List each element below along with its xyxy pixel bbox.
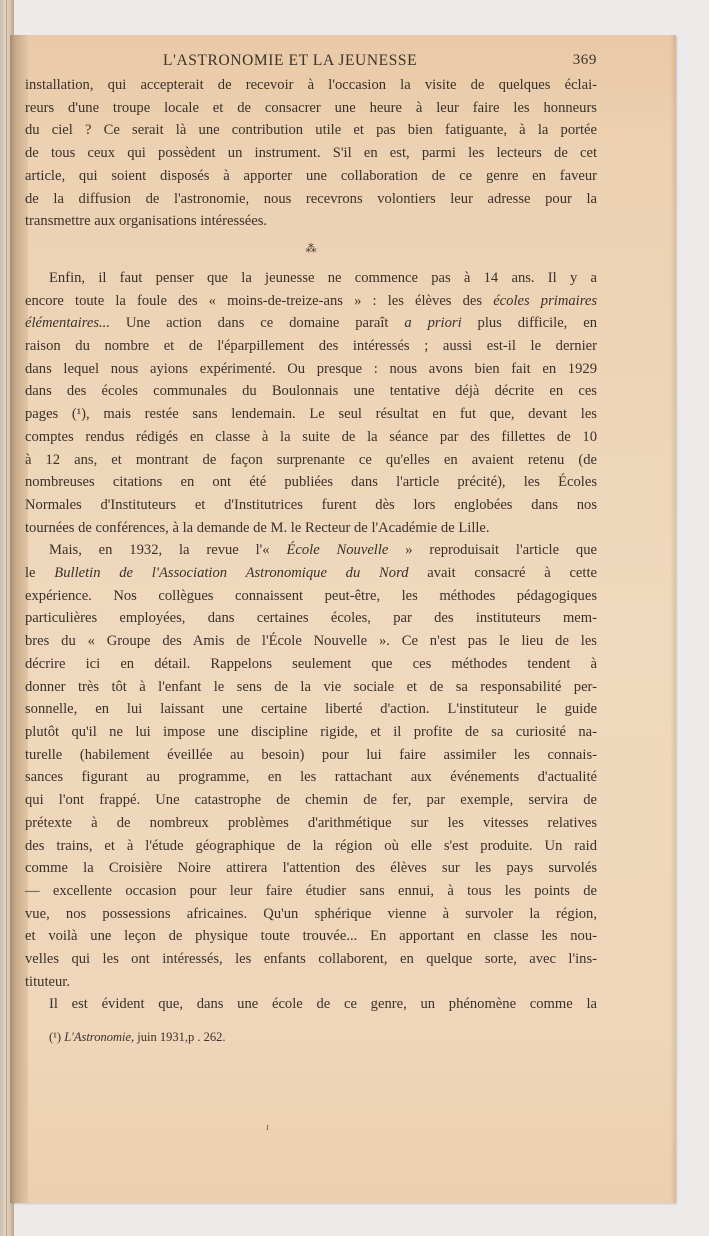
text-line: décrire ici en détail. Rappelons seuleme… (25, 653, 597, 676)
text-line: bres du « Groupe des Amis de l'École Nou… (25, 630, 597, 653)
section-separator-asterism: ⁂ (25, 233, 597, 267)
italic-run: élémentaires... (25, 315, 110, 331)
text-line: raison du nombre et de l'éparpillement d… (25, 335, 597, 358)
text-line: vue, nos possessions africaines. Qu'un s… (25, 903, 597, 926)
text-line: reurs d'une troupe locale et de consacre… (25, 97, 597, 120)
text-line: dans des écoles communales du Boulonnais… (25, 380, 597, 403)
text-run: Mais, en 1932, la revue l'« (49, 542, 286, 558)
text-line: tituteur. (25, 971, 597, 994)
running-head: L'ASTRONOMIE ET LA JEUNESSE 369 (25, 52, 597, 74)
text-line: tournées de conférences, à la demande de… (25, 517, 597, 540)
text-line: velles qui les ont intéressés, les enfan… (25, 948, 597, 971)
text-run: encore toute la foule des « moins-de-tre… (25, 293, 493, 309)
italic-run: Bulletin de l'Association Astronomique d… (54, 565, 408, 581)
text-line: pages (¹), mais restée sans lendemain. L… (25, 403, 597, 426)
text-line: Normales d'Instituteurs et d'Institutric… (25, 494, 597, 517)
footnote-details: juin 1931,p . 262. (134, 1030, 225, 1044)
text-line: élémentaires... Une action dans ce domai… (25, 312, 597, 335)
text-line: encore toute la foule des « moins-de-tre… (25, 290, 597, 313)
text-line: comme la Croisière Noire attirera l'atte… (25, 857, 597, 880)
text-line: Il est évident que, dans une école de ce… (25, 993, 597, 1016)
page-content: L'ASTRONOMIE ET LA JEUNESSE 369 installa… (25, 52, 597, 1045)
text-line: le Bulletin de l'Association Astronomiqu… (25, 562, 597, 585)
paper-blemish: ı (266, 1122, 269, 1133)
text-line: sances figurant au programme, en les rat… (25, 766, 597, 789)
text-line: Enfin, il faut penser que la jeunesse ne… (25, 267, 597, 290)
paragraph-4: Il est évident que, dans une école de ce… (25, 993, 597, 1016)
text-line: — excellente occasion pour leur faire ét… (25, 880, 597, 903)
text-line: plutôt qu'il ne lui impose une disciplin… (25, 721, 597, 744)
text-line: installation, qui accepterait de recevoi… (25, 74, 597, 97)
text-run: le (25, 565, 54, 581)
text-line: de tous ceux qui possèdent un instrument… (25, 142, 597, 165)
text-line: et voilà une leçon de physique toute tro… (25, 925, 597, 948)
paragraph-2: Enfin, il faut penser que la jeunesse ne… (25, 267, 597, 539)
binding-line (6, 0, 7, 1236)
text-run: avait consacré à cette (409, 565, 597, 581)
italic-run: écoles primaires (493, 293, 597, 309)
page-edge (670, 35, 676, 1203)
italic-run: École Nouvelle (286, 542, 388, 558)
asterism-glyph: ⁂ (306, 243, 317, 255)
text-line: particulières employées, dans certaines … (25, 607, 597, 630)
text-line: article, qui soient disposés à apporter … (25, 165, 597, 188)
text-line: du ciel ? Ce serait là une contribution … (25, 119, 597, 142)
footnote-marker: (¹) (49, 1030, 61, 1044)
footnote: (¹) L'Astronomie, juin 1931,p . 262. (25, 1030, 597, 1045)
text-line: donner très tôt à l'enfant le sens de la… (25, 676, 597, 699)
paragraph-1: installation, qui accepterait de recevoi… (25, 74, 597, 233)
text-line: expérience. Nos collègues connaissent pe… (25, 585, 597, 608)
text-line: transmettre aux organisations intéressée… (25, 210, 597, 233)
running-title: L'ASTRONOMIE ET LA JEUNESSE (163, 52, 417, 70)
text-run: Une action dans ce domaine paraît (110, 315, 404, 331)
text-line: à 12 ans, et montrant de façon surprenan… (25, 449, 597, 472)
text-line: des trains, et à l'étude géographique de… (25, 835, 597, 858)
text-line: sonnelle, en lui laissant une certaine l… (25, 698, 597, 721)
text-line: qui l'ont frappé. Une catastrophe de che… (25, 789, 597, 812)
text-line: dans lequel nous ayions expérimenté. Ou … (25, 358, 597, 381)
text-line: turelle (habilement éveillée au besoin) … (25, 744, 597, 767)
text-line: nombreuses citations en ont été publiées… (25, 471, 597, 494)
text-run: plus difficile, en (462, 315, 597, 331)
text-line: Mais, en 1932, la revue l'« École Nouvel… (25, 539, 597, 562)
text-run: » reproduisait l'article que (388, 542, 597, 558)
text-line: prétexte à de nombreux problèmes d'arith… (25, 812, 597, 835)
footnote-source: L'Astronomie, (64, 1030, 134, 1044)
paragraph-3: Mais, en 1932, la revue l'« École Nouvel… (25, 539, 597, 993)
text-line: comptes rendus rédigés en classe à la su… (25, 426, 597, 449)
italic-run: a priori (404, 315, 461, 331)
text-line: de la diffusion de l'astronomie, nous re… (25, 188, 597, 211)
page-number: 369 (573, 52, 597, 69)
